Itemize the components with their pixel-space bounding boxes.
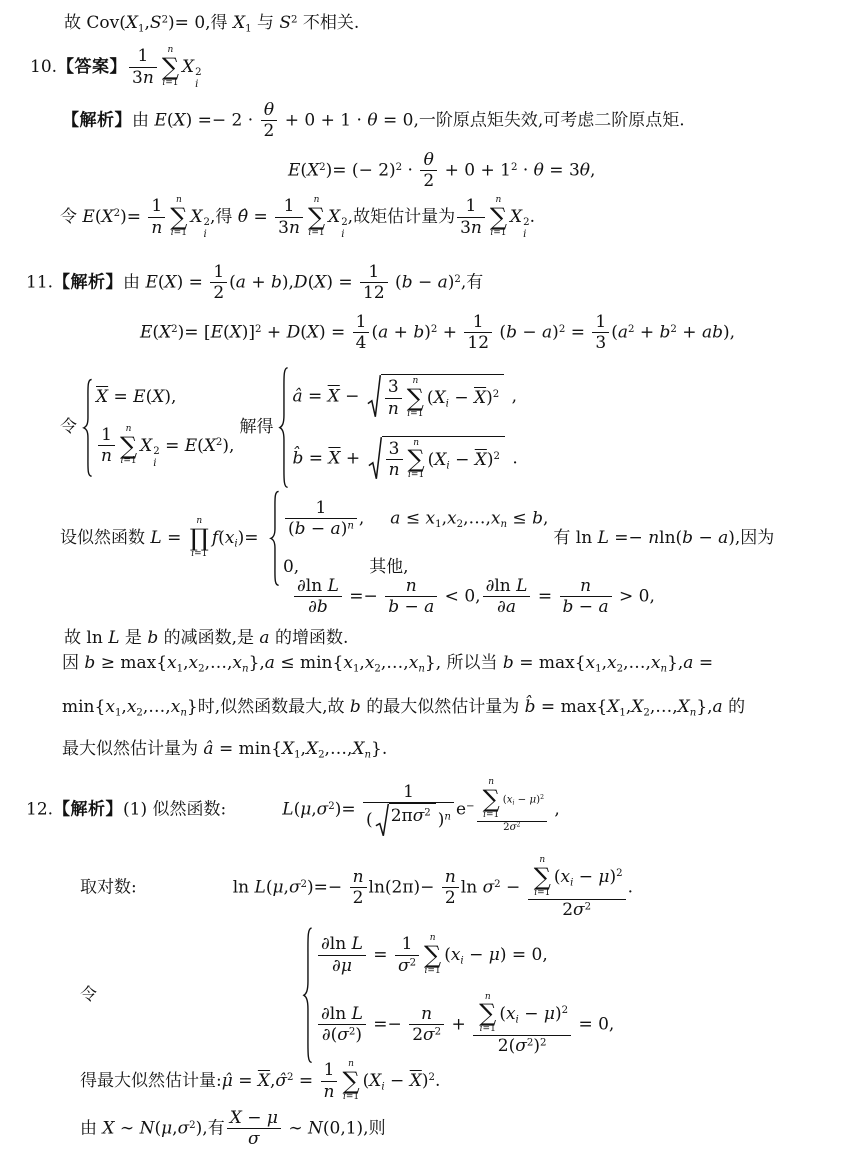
math-var: X	[204, 435, 216, 455]
denominator: 2	[420, 170, 437, 191]
math-var: X	[165, 272, 177, 292]
sup-sub-stack: 2i	[153, 446, 159, 469]
math-var: a	[331, 519, 341, 539]
math-var: X	[328, 448, 340, 468]
math-fraction: 13n	[275, 196, 303, 238]
math-var: μ	[267, 1108, 278, 1128]
numerator: 1	[148, 196, 165, 216]
math-var: D	[287, 322, 301, 342]
math-var: n	[353, 867, 364, 887]
math-var: X	[328, 386, 340, 406]
superscript: 2	[493, 389, 499, 400]
math-fraction: θ2	[420, 150, 437, 192]
math-var: a	[506, 597, 516, 617]
math-var: σ	[289, 877, 301, 897]
math-var: i	[407, 409, 410, 419]
superscript: 2	[454, 274, 460, 285]
math-var: a	[618, 322, 628, 342]
numerator: θ	[261, 100, 278, 120]
subscript: i	[460, 955, 463, 966]
math-var: n	[580, 576, 591, 596]
line-system-solve: 令X = E(X),1nn∑i=1X2i = E(X2),解得â = X − …	[60, 366, 523, 489]
math-var: n	[690, 708, 697, 719]
math-var: i	[534, 888, 537, 898]
math-var: μ	[529, 794, 536, 805]
math-var: b̂	[525, 697, 536, 717]
math-var: n	[347, 521, 354, 532]
numerator: 1	[592, 312, 609, 332]
math-var: L	[598, 528, 609, 548]
numerator: 1	[360, 262, 388, 282]
superscript: 2	[494, 451, 500, 462]
denominator: σ	[227, 1128, 281, 1149]
sum-operator: n∑i=1	[120, 425, 137, 468]
roman-text: min	[239, 739, 272, 759]
math-var: X	[306, 739, 318, 759]
superscript: 2	[435, 1026, 441, 1037]
roman-text: min	[300, 653, 333, 673]
subscript: n	[661, 664, 668, 675]
math-var: n	[445, 867, 456, 887]
denominator: 4	[353, 332, 370, 353]
math-var: θ	[424, 150, 434, 170]
cases-row: â = X − 3nn∑i=1(Xi − X)2 ,	[292, 374, 517, 420]
line-partial-derivatives: ∂ln L∂b =− nb − a < 0,∂ln L∂a = nb − a >…	[292, 576, 655, 618]
math-var: X	[101, 207, 113, 227]
superscript: 2	[255, 324, 261, 335]
superscript: 2	[319, 162, 325, 173]
cases-row: 1(b − a)n,a ≤ x1,x2,…,xn ≤ b,	[283, 498, 548, 540]
spacer	[226, 814, 282, 815]
superscript: 2	[559, 324, 565, 335]
math-var: σ̂	[275, 1071, 287, 1091]
math-var: X	[190, 207, 202, 227]
line-likelihood-def: 设似然函数 L = n∏i=1f(xi)= 1(b − a)n,a ≤ x1,x…	[60, 490, 774, 587]
math-var: n	[389, 460, 400, 480]
math-var: n	[444, 812, 451, 823]
math-var: b	[84, 653, 95, 673]
sqrt-radical: 2πσ2	[375, 803, 436, 838]
roman-text: ln	[306, 576, 322, 596]
math-fraction: 1n	[98, 425, 115, 467]
superscript: n	[444, 812, 451, 823]
cases-row: b̂ = X + 3nn∑i=1(Xi − X)2 .	[292, 436, 517, 482]
math-var: n	[471, 218, 482, 238]
subscript: n	[690, 708, 697, 719]
superscript: 2	[171, 324, 177, 335]
denominator: ∂a	[483, 596, 531, 617]
sup-sub-stack: 2i	[195, 67, 201, 90]
cases-rows: ∂ln L∂μ = 1σ2n∑i=1(xi − μ) = 0,∂ln L∂(σ2…	[316, 926, 614, 1065]
operator-glyph: ∑	[483, 788, 500, 811]
sum-operator: n∑i=1	[408, 439, 425, 482]
subscript: i	[446, 398, 449, 409]
math-var: a	[236, 272, 246, 292]
numerator: 1	[129, 46, 157, 66]
subscript: 1	[595, 664, 601, 675]
math-var: X	[328, 207, 340, 227]
math-var: i	[523, 229, 526, 240]
superscript: 2	[517, 821, 521, 828]
subscript: 2	[136, 708, 142, 719]
math-var: σ	[573, 900, 585, 920]
math-var: i	[341, 229, 344, 240]
bold-label: 【答案】	[57, 57, 127, 77]
math-var: X	[282, 739, 294, 759]
operator-glyph: ∑	[308, 206, 325, 229]
denominator: (b − a)n	[285, 518, 357, 539]
math-var: b	[563, 597, 574, 617]
left-brace-icon	[278, 366, 289, 489]
math-fraction: 112	[360, 262, 388, 304]
line-system-12: 令∂ln L∂μ = 1σ2n∑i=1(xi − μ) = 0,∂ln L∂(σ…	[80, 926, 619, 1065]
math-var: X	[102, 1118, 114, 1138]
superscript: 2	[410, 957, 416, 968]
line-analysis-10: 【解析】由 E(X) =− 2 · θ2 + 0 + 1 · θ = 0,一阶原…	[62, 100, 685, 142]
superscript: 2	[341, 217, 347, 229]
math-var: E	[185, 435, 197, 455]
subscript: 1	[435, 519, 441, 530]
subscript: n	[500, 519, 507, 530]
math-var: a	[683, 653, 693, 673]
operator-glyph: ∑	[170, 206, 187, 229]
lower-limit: i=1	[408, 471, 424, 481]
sum-operator: n∑i=1	[162, 46, 179, 89]
subscript: i	[204, 229, 207, 241]
math-var: x	[409, 653, 419, 673]
math-var: â	[203, 739, 213, 759]
math-var: a	[390, 508, 400, 528]
roman-text: ln	[494, 576, 510, 596]
math-fraction: nb − a	[385, 576, 437, 618]
subscript: 2	[198, 664, 204, 675]
lower-limit: i=1	[483, 811, 499, 821]
denominator: 2	[261, 120, 278, 141]
roman-text: ln	[86, 628, 102, 648]
math-var: i	[570, 877, 573, 888]
denominator: 2(σ2)2	[473, 1035, 571, 1056]
math-var: σ	[423, 1025, 435, 1045]
line-mle-result: 得最大似然估计量:μ̂ = X,σ̂2 = 1nn∑i=1(Xi − X)2.	[80, 1060, 440, 1103]
math-var: E	[211, 322, 223, 342]
subscript: i	[234, 538, 237, 549]
math-fraction: ∂ln L∂μ	[318, 934, 366, 976]
subscript: i	[516, 1014, 519, 1025]
math-var: L	[516, 576, 527, 596]
math-var: f	[212, 528, 218, 548]
numerator: 1	[395, 934, 419, 954]
lower-limit: i=1	[171, 229, 187, 239]
cases-rows: X = E(X),1nn∑i=1X2i = E(X2),	[96, 378, 234, 478]
superscript: 2	[428, 1072, 434, 1083]
radical-icon	[375, 803, 389, 838]
lower-limit: i=1	[343, 1093, 359, 1103]
math-var: i	[490, 228, 493, 238]
subscript: n	[242, 664, 249, 675]
math-var: x	[506, 1003, 516, 1023]
math-var: n	[648, 528, 659, 548]
subscript: i	[381, 1081, 384, 1092]
superscript: 2	[628, 324, 634, 335]
cases-row: ∂ln L∂μ = 1σ2n∑i=1(xi − μ) = 0,	[316, 934, 614, 977]
superscript: 2	[287, 1072, 293, 1083]
roman-text: e	[456, 800, 466, 820]
numerator: 1	[464, 312, 492, 332]
math-var: L	[352, 1004, 363, 1024]
math-var: b	[503, 653, 514, 673]
math-var: b	[350, 697, 361, 717]
math-var: i	[195, 79, 198, 90]
denominator: 2σ2	[477, 821, 547, 834]
superscript: 2	[670, 324, 676, 335]
superscript: 2	[523, 217, 529, 229]
math-var: n	[661, 664, 668, 675]
math-var: X	[230, 1108, 242, 1128]
math-fraction: ∂ln L∂a	[483, 576, 531, 618]
math-var: i	[512, 799, 514, 806]
line-paragraph-1: 因 b ≥ max{x1,x2,…,xn},a ≤ min{x1,x2,…,xn…	[62, 652, 713, 675]
math-var: μ̂	[222, 1071, 233, 1091]
sup-sub-stack: 2i	[204, 217, 210, 240]
denominator: 3	[592, 332, 609, 353]
superscript: 2	[189, 1120, 195, 1131]
cases-group: ∂ln L∂μ = 1σ2n∑i=1(xi − μ) = 0,∂ln L∂(σ2…	[302, 926, 614, 1065]
math-var: a	[542, 322, 552, 342]
math-var: x	[426, 508, 436, 528]
math-var: i	[234, 538, 237, 549]
math-var: â	[292, 386, 302, 406]
math-var: X	[607, 697, 619, 717]
math-var: x	[365, 653, 375, 673]
sup-sub-stack: 2i	[523, 217, 529, 240]
math-var: n	[418, 664, 425, 675]
roman-text: ln	[461, 877, 477, 897]
sum-operator: n∑i=1	[424, 934, 441, 977]
lower-limit: i=1	[425, 967, 441, 977]
denominator: 2σ2	[409, 1024, 444, 1045]
line-moment-estimator: 令 E(X2)= 1nn∑i=1X2i,得 θ̂ = 13nn∑i=1X2i,故…	[60, 196, 535, 241]
math-var: σ	[337, 1025, 349, 1045]
math-var: n	[421, 1004, 432, 1024]
math-var: i	[343, 1092, 346, 1102]
overline-bar: X	[474, 388, 486, 408]
roman-text: ln	[369, 877, 385, 897]
line-analysis-12: 12.【解析】(1) 似然函数:L(μ,σ2)= 1(2πσ2)ne−n∑i=1…	[26, 778, 560, 838]
numerator: θ	[420, 150, 437, 170]
math-var: θ	[264, 100, 274, 120]
operator-glyph: ∑	[424, 944, 441, 967]
superscript: −n∑i=1(xi − μ)22σ2	[466, 801, 549, 812]
radical-icon	[368, 436, 382, 482]
math-var: i	[460, 955, 463, 966]
math-var: b	[271, 272, 282, 292]
subscript: 2	[457, 519, 463, 530]
math-fraction: ∂ln L∂(σ2)	[318, 1004, 366, 1046]
operator-glyph: ∑	[479, 1002, 496, 1025]
denominator: ∂μ	[318, 955, 366, 976]
superscript: n	[347, 521, 354, 532]
denominator: b − a	[560, 596, 612, 617]
superscript: 2	[585, 901, 591, 912]
lower-limit: i=1	[191, 550, 207, 560]
numerator: n	[409, 1004, 444, 1024]
superscript: 2	[396, 162, 402, 173]
superscript: 2	[162, 14, 168, 25]
numerator: n	[385, 576, 437, 596]
superscript: 2	[494, 879, 500, 890]
superscript: 2	[349, 1026, 355, 1037]
operator-glyph: ∑	[408, 448, 425, 471]
denominator: 2	[442, 887, 459, 908]
numerator: n∑i=1(xi − μ)2	[477, 778, 547, 821]
superscript: 2	[328, 801, 334, 812]
lower-limit: i=1	[308, 229, 324, 239]
math-var: θ	[367, 110, 377, 130]
math-var: X	[678, 697, 690, 717]
math-var: x	[225, 528, 235, 548]
math-var: a	[438, 272, 448, 292]
numerator: 1	[363, 782, 454, 802]
lower-limit: i=1	[407, 410, 423, 420]
line-cov-conclusion: 故 Cov(X1,S2)= 0,得 X1 与 S2 不相关.	[64, 12, 359, 35]
numerator: 1	[321, 1060, 338, 1080]
math-var: a	[713, 697, 723, 717]
superscript: 2	[540, 1038, 546, 1049]
numerator: n	[560, 576, 612, 596]
cases-row: 1nn∑i=1X2i = E(X2),	[96, 425, 234, 470]
math-fraction: 1n	[321, 1060, 338, 1102]
subscript: i	[446, 460, 449, 471]
math-var: X	[152, 387, 164, 407]
math-var: i	[480, 1024, 483, 1034]
math-var: x	[586, 653, 596, 673]
product-operator: n∏i=1	[190, 517, 209, 560]
spacer	[137, 891, 233, 892]
math-var: N	[308, 1118, 323, 1138]
math-var: σ	[178, 1118, 190, 1138]
math-var: L	[282, 800, 293, 820]
roman-text: ln	[330, 934, 346, 954]
superscript: 2	[431, 324, 437, 335]
denominator: b − a	[385, 596, 437, 617]
math-var: b	[413, 322, 424, 342]
math-var: X	[307, 322, 319, 342]
numerator: ∂ln L	[318, 934, 366, 954]
math-var: n	[242, 664, 249, 675]
numerator: ∂ln L	[483, 576, 531, 596]
math-var: b	[147, 628, 158, 648]
math-var: X	[159, 322, 171, 342]
math-var: x	[171, 697, 181, 717]
superscript: 2	[195, 67, 201, 79]
sum-operator: n∑i=1	[170, 196, 187, 239]
cases-group: X = E(X),1nn∑i=1X2i = E(X2),	[82, 378, 234, 478]
math-fraction: 1σ2	[395, 934, 419, 976]
math-var: E	[82, 207, 94, 227]
subscript: 2	[643, 708, 649, 719]
math-fraction: n2	[350, 867, 367, 909]
cases-row: ∂ln L∂(σ2) =− n2σ2 + n∑i=1(xi − μ)22(σ2)…	[316, 993, 614, 1057]
denominator: 2	[350, 887, 367, 908]
bold-label: 【解析】	[62, 110, 132, 130]
cases-group: â = X − 3nn∑i=1(Xi − X)2 ,b̂ = X + 3nn∑…	[278, 366, 517, 489]
denominator: σ2	[395, 955, 419, 976]
left-brace-icon	[82, 378, 93, 478]
math-var: X	[307, 160, 319, 180]
math-var: X	[475, 449, 487, 469]
radical-icon	[367, 374, 381, 420]
subscript: i	[523, 229, 526, 241]
math-var: L	[352, 934, 363, 954]
math-var: μ	[161, 1118, 172, 1138]
math-fraction: 12	[210, 262, 227, 304]
sum-operator: n∑i=1	[342, 1060, 359, 1103]
math-var: σ	[510, 822, 517, 833]
subscript: 1	[353, 664, 359, 675]
denominator: n	[386, 459, 403, 480]
line-eq-ex2: E(X2)= [E(X)]2 + D(X) = 14(a + b)2 + 112…	[140, 312, 735, 354]
math-var: b	[295, 519, 306, 539]
numerator: n∑i=1(xi − μ)2	[528, 856, 626, 899]
line-eq-second-moment: E(X2)= (− 2)2 · θ2 + 0 + 12 · θ = 3θ,	[288, 150, 595, 192]
math-var: σ	[317, 800, 329, 820]
math-fraction: 1n	[148, 196, 165, 238]
subscript: i	[195, 79, 198, 91]
subscript: 2	[318, 750, 324, 761]
math-var: x	[105, 697, 115, 717]
subscript: 1	[245, 24, 251, 35]
math-var: a	[424, 597, 434, 617]
line-analysis-11: 11.【解析】由 E(X) = 12(a + b),D(X) = 112 (b …	[26, 262, 483, 304]
operator-glyph: ∑	[120, 435, 137, 458]
roman-text: ln	[576, 528, 592, 548]
line-answer-10: 10.【答案】13nn∑i=1X2i	[30, 46, 202, 91]
math-var: S	[279, 13, 291, 33]
bold-label: 【解析】	[53, 272, 123, 292]
superscript: 2	[616, 868, 622, 879]
math-var: X	[96, 387, 108, 407]
math-var: b	[402, 272, 413, 292]
math-var: i	[153, 458, 156, 469]
operator-glyph: ∑	[490, 206, 507, 229]
math-var: b	[317, 597, 328, 617]
superscript: 2	[114, 208, 120, 219]
math-var: x	[343, 653, 353, 673]
superscript: 2	[562, 1005, 568, 1016]
math-fraction: n∑i=1(xi − μ)22σ2	[528, 856, 626, 920]
math-fraction: 13	[592, 312, 609, 354]
lower-limit: i=1	[162, 79, 178, 89]
math-var: X	[140, 435, 152, 455]
numerator: X − μ	[227, 1108, 281, 1128]
math-var: n	[364, 750, 371, 761]
math-var: i	[171, 228, 174, 238]
radicand: 3nn∑i=1(Xi − X)2	[382, 436, 505, 482]
math-fraction: ∂ln L∂b	[294, 576, 342, 618]
subscript: 1	[138, 24, 144, 35]
math-fraction: 1(2πσ2)n	[363, 782, 454, 838]
subscript: 2	[617, 664, 623, 675]
math-var: i	[191, 549, 194, 559]
numerator: 1	[353, 312, 370, 332]
radicand: 2πσ2	[389, 803, 436, 838]
math-var: ab	[702, 322, 723, 342]
lower-limit: i=1	[490, 229, 506, 239]
denominator: 3n	[457, 217, 485, 238]
denominator: ∂(σ2)	[318, 1024, 366, 1045]
math-var: n	[388, 399, 399, 419]
math-var: E	[133, 387, 145, 407]
